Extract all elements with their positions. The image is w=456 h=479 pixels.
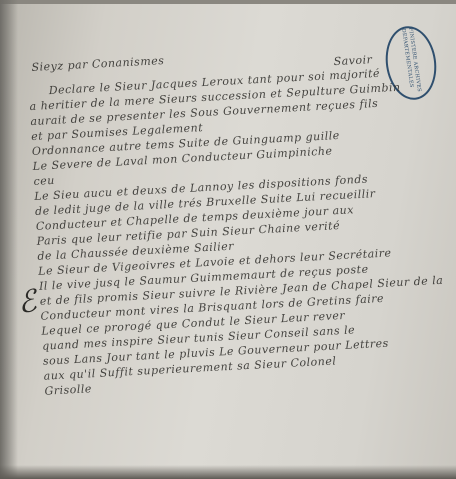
- handwritten-line: Sieyz par Conanismes: [31, 54, 164, 74]
- signature-flourish: ℰ: [15, 284, 39, 322]
- handwritten-line: Grisolle: [44, 382, 92, 397]
- handwritten-line: ceu: [33, 174, 55, 188]
- binding-shadow: [0, 0, 18, 479]
- page-top-edge: [0, 0, 456, 4]
- manuscript-page: FINISTERE ARCHIVES DEPARTEMENTALES Sieyz…: [0, 0, 456, 479]
- bottom-edge-shadow: [0, 465, 456, 479]
- stamp-text: FINISTERE ARCHIVES DEPARTEMENTALES: [399, 27, 423, 98]
- handwritten-line: Savoir: [333, 53, 372, 68]
